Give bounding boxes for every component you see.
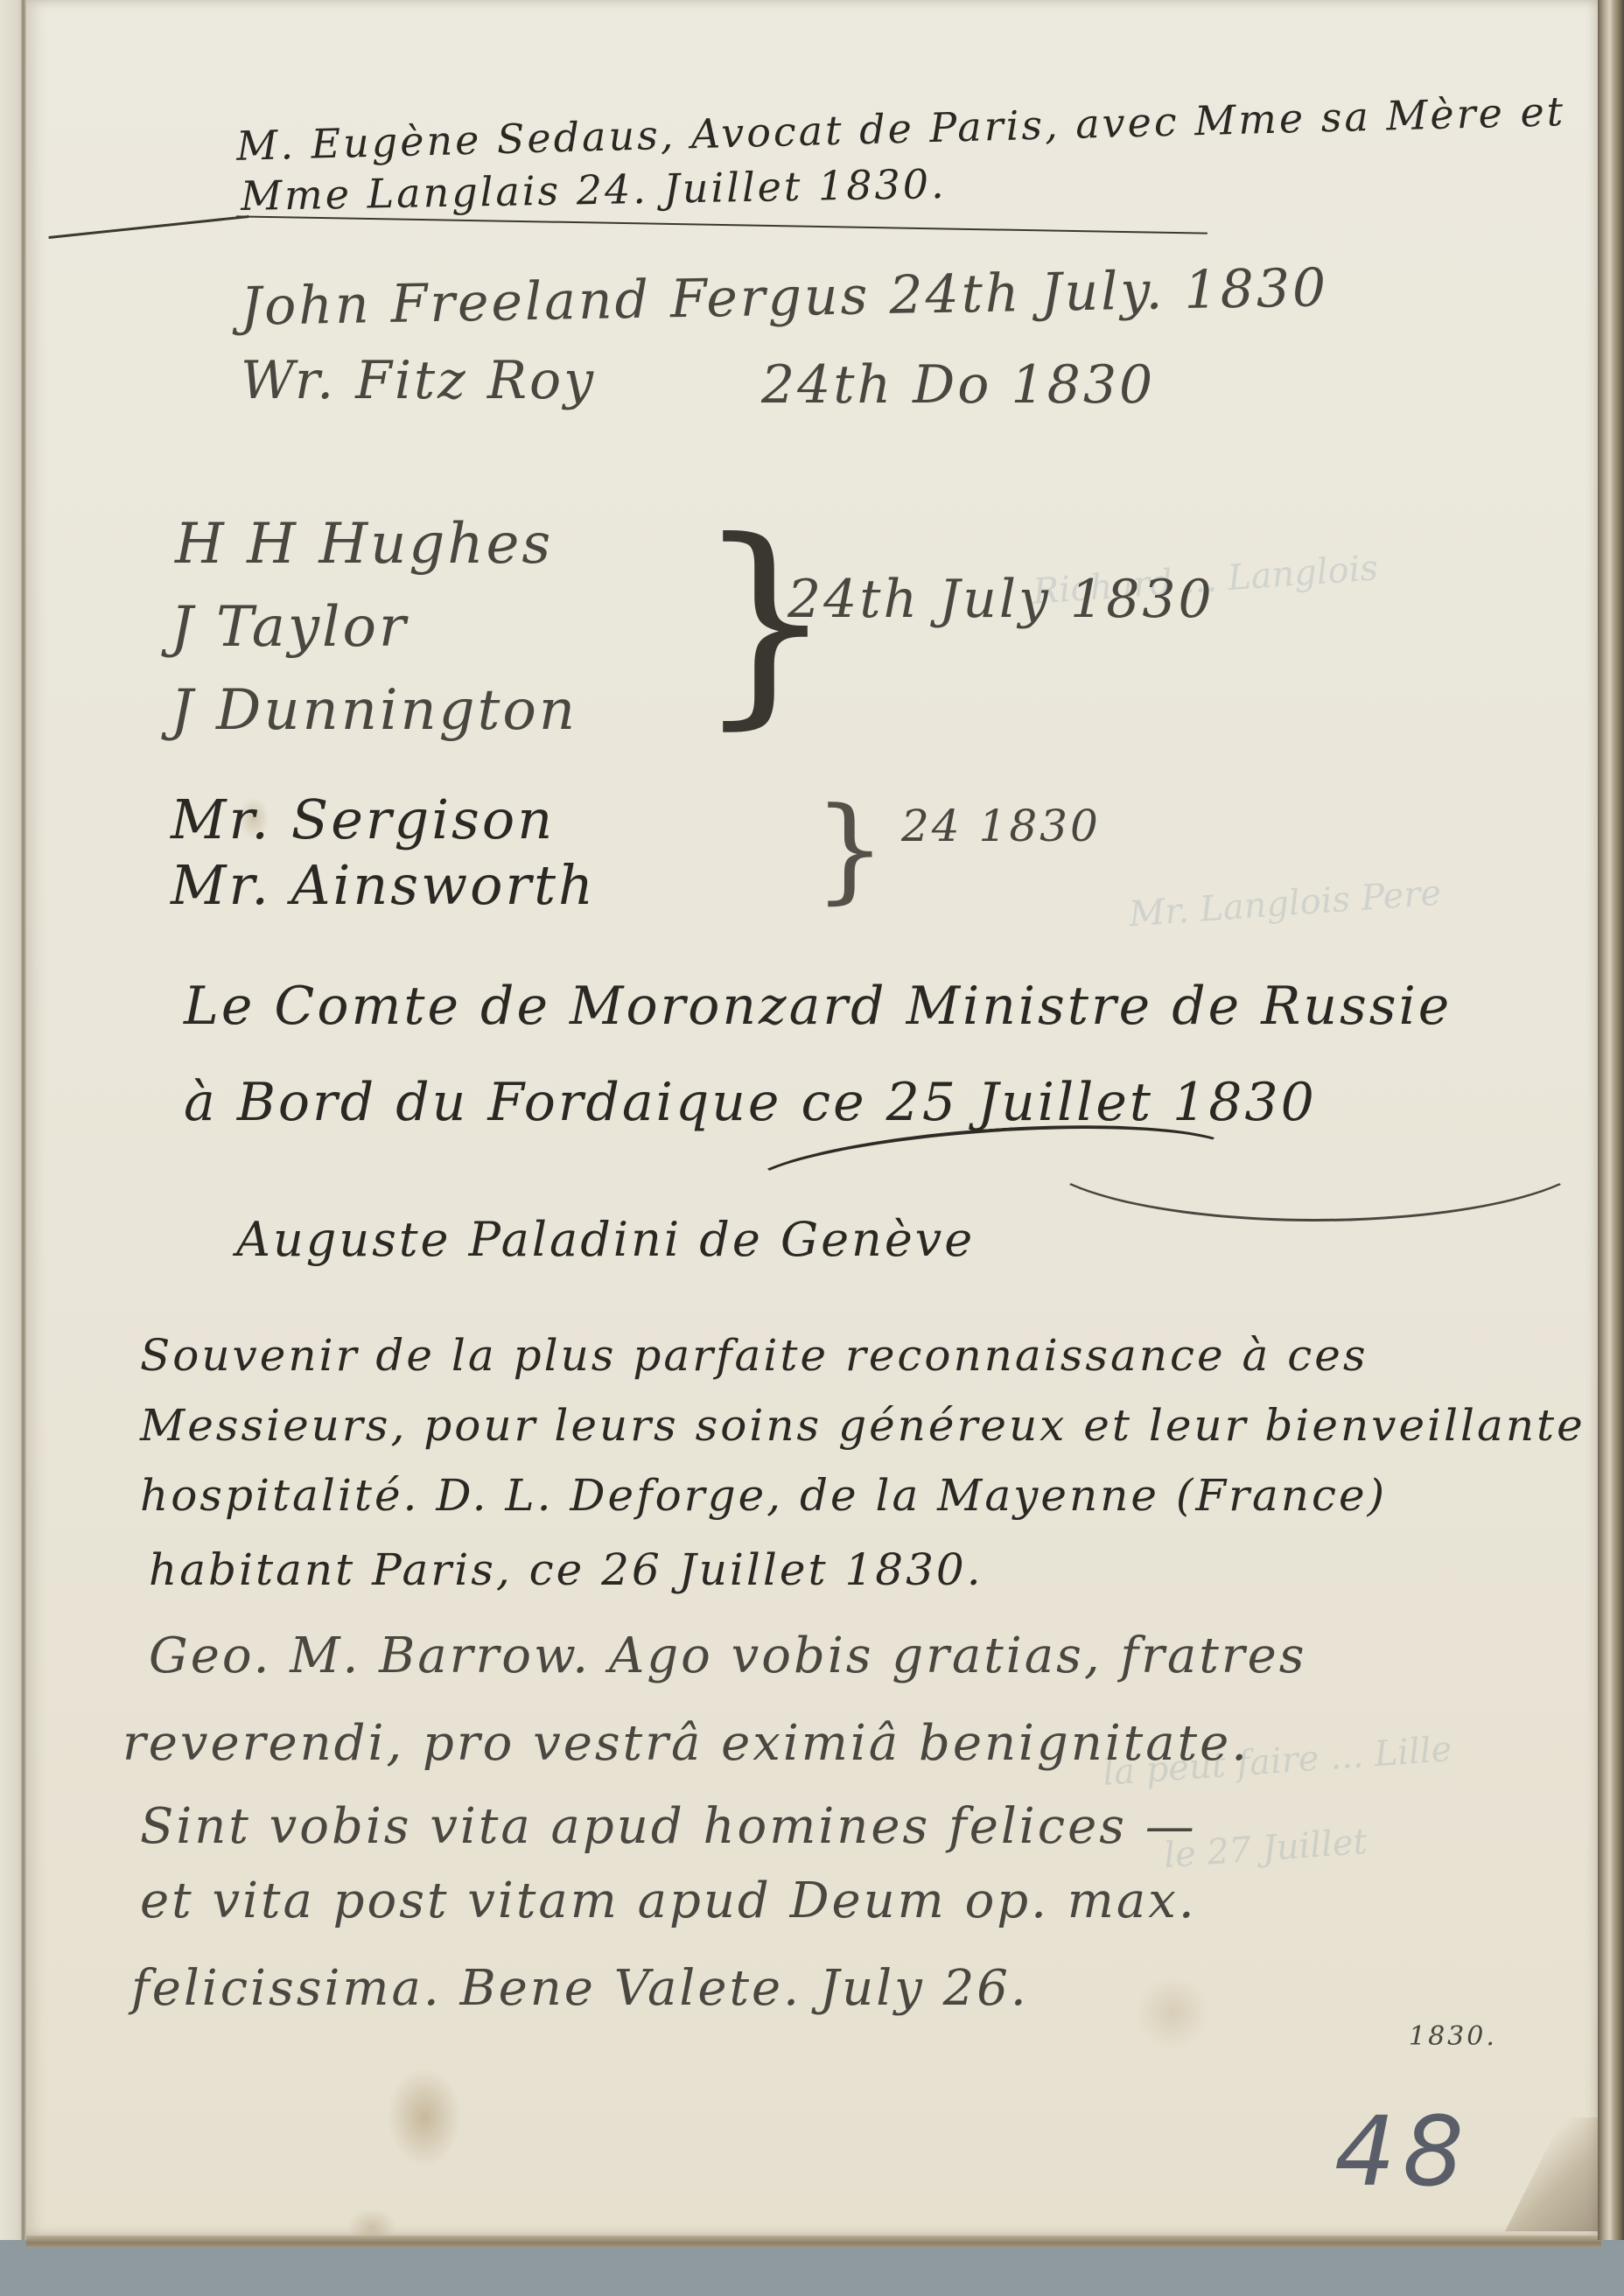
entry-dunnington: J Dunnington — [171, 678, 577, 743]
entry-deforge-line-1: Souvenir de la plus parfaite reconnaissa… — [140, 1330, 1368, 1381]
entry-barrow-line-3: Sint vobis vita apud homines felices — — [140, 1798, 1197, 1855]
dog-eared-corner — [1505, 2117, 1601, 2231]
entry-sedaus-line-1: M. Eugène Sedaus, Avocat de Paris, avec … — [236, 87, 1566, 170]
entry-deforge-line-2: Messieurs, pour leurs soins généreux et … — [140, 1400, 1585, 1451]
scanned-book-spread: Richard ... Langlois Mr. Langlois Pere l… — [0, 0, 1624, 2296]
entry-comte-line-1: Le Comte de Moronzard Ministre de Russie — [184, 976, 1452, 1037]
entry-sergison: Mr. Sergison — [171, 787, 555, 851]
entry-fergus: John Freeland Fergus 24th July. 1830 — [240, 257, 1328, 338]
entry-paladini: Auguste Paladini de Genève — [236, 1212, 975, 1267]
entry-barrow-line-5: felicissima. Bene Valete. July 26. — [131, 1960, 1029, 2017]
entry-group-date: 24th July 1830 — [787, 569, 1214, 630]
bracket-brace: } — [814, 792, 886, 906]
entry-fitzroy-date: 24th Do 1830 — [761, 354, 1155, 416]
left-facing-page-edge — [0, 0, 23, 2240]
entry-taylor: J Taylor — [171, 595, 409, 660]
divider-rule — [236, 215, 1207, 234]
entry-hughes: H H Hughes — [175, 512, 553, 577]
entry-sedaus-line-2: Mme Langlais 24. Juillet 1830. — [241, 160, 948, 220]
entry-barrow-line-2: reverendi, pro vestrâ eximiâ benignitate… — [122, 1715, 1249, 1772]
manuscript-page: Richard ... Langlois Mr. Langlois Pere l… — [26, 0, 1601, 2241]
entry-barrow-year: 1830. — [1409, 2021, 1497, 2052]
divider-rule — [48, 215, 248, 239]
page-stack-bottom-edge — [26, 2236, 1601, 2248]
entry-sergison-date: 24 1830 — [901, 801, 1101, 851]
entry-barrow-line-1: Geo. M. Barrow. Ago vobis gratias, fratr… — [149, 1627, 1306, 1684]
entry-deforge-line-3: hospitalité. D. L. Deforge, de la Mayenn… — [140, 1470, 1387, 1521]
entry-ainsworth: Mr. Ainsworth — [171, 853, 596, 917]
ink-flourish — [1032, 1076, 1598, 1221]
entry-deforge-line-4: habitant Paris, ce 26 Juillet 1830. — [149, 1544, 983, 1595]
entry-barrow-line-4: et vita post vitam apud Deum op. max. — [140, 1872, 1197, 1929]
page-stack-right-edge — [1598, 0, 1624, 2240]
entry-fitzroy-name: Wr. Fitz Roy — [241, 350, 596, 411]
bleed-through-text: Mr. Langlois Pere — [1128, 873, 1443, 935]
page-number: 48 — [1334, 2096, 1471, 2208]
